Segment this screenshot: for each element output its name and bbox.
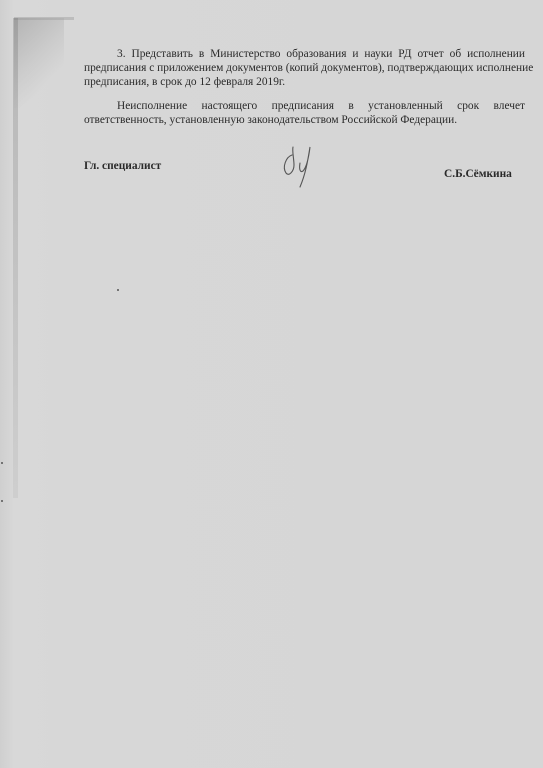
scan-speck — [1, 500, 3, 502]
scan-speck — [1, 462, 3, 464]
scan-speck — [117, 289, 119, 291]
signer-name: С.Б.Сёмкина — [444, 168, 512, 180]
scanned-page: 3. Представить в Министерство образовани… — [0, 0, 543, 768]
scan-corner-shadow — [14, 18, 64, 108]
text-line: 3. Представить в Министерство образовани… — [84, 47, 525, 61]
paragraph-liability-notice: Неисполнение настоящего предписания в ус… — [84, 99, 525, 127]
text-line: предписания с приложением документов (ко… — [84, 61, 525, 75]
text-line: Неисполнение настоящего предписания в ус… — [84, 99, 525, 113]
scan-edge-shadow — [13, 18, 18, 498]
paragraph-report-requirement: 3. Представить в Министерство образовани… — [84, 47, 525, 89]
handwritten-signature-icon — [278, 141, 320, 191]
signer-position: Гл. специалист — [84, 160, 161, 172]
text-line: предписания, в срок до 12 февраля 2019г. — [84, 75, 525, 89]
text-line: ответственность, установленную законодат… — [84, 113, 525, 127]
